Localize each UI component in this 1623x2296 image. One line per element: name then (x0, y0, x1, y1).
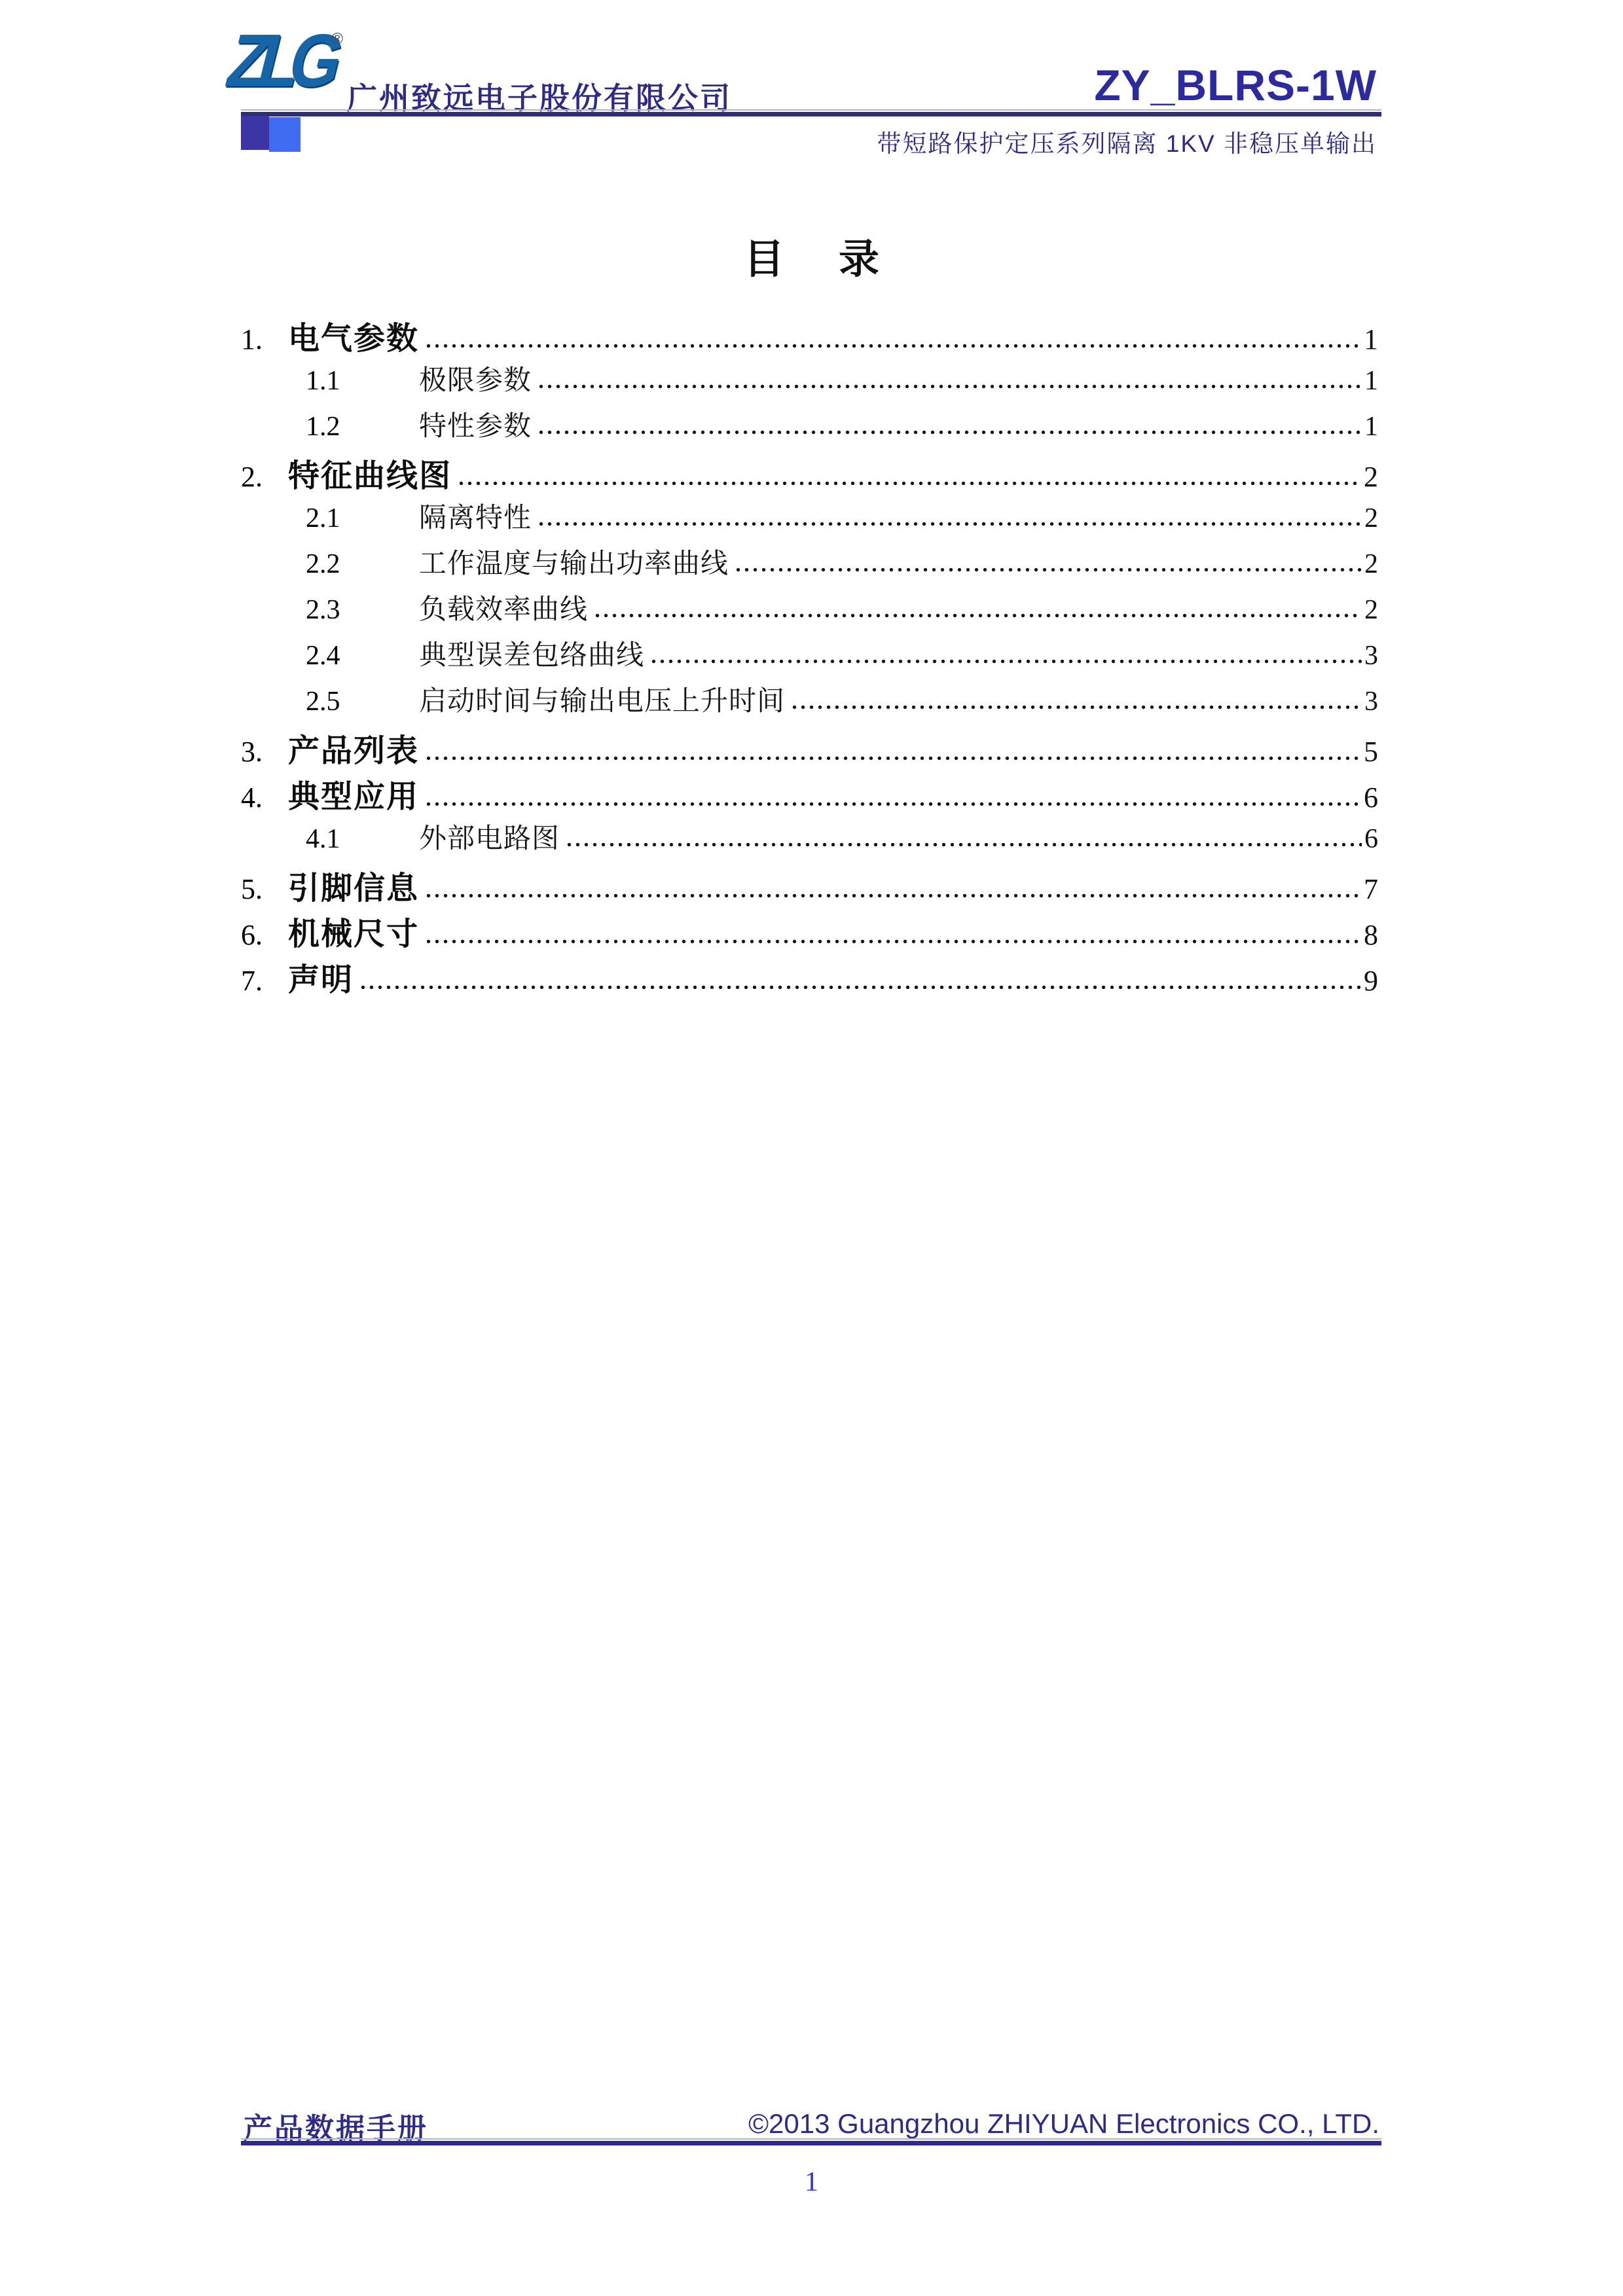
toc-entry-label: 特性参数 (419, 404, 532, 444)
toc-entry-page: 2 (1364, 460, 1378, 493)
table-of-contents: 1.电气参数11.1极限参数11.2特性参数12.特征曲线图22.1隔离特性22… (241, 309, 1378, 996)
toc-entry[interactable]: 2.特征曲线图2 (241, 446, 1378, 492)
footer-divider-thin-line (241, 2138, 1381, 2140)
toc-entry-label: 机械尺寸 (288, 908, 419, 954)
toc-entry[interactable]: 2.2工作温度与输出功率曲线2 (241, 538, 1378, 584)
toc-dot-leader (457, 480, 1361, 486)
toc-entry-label: 极限参数 (419, 359, 532, 398)
header-divider-thin-line (241, 109, 1381, 111)
toc-dot-leader (565, 842, 1362, 848)
toc-entry-number: 4.1 (306, 823, 419, 855)
toc-entry-label: 典型误差包络曲线 (419, 634, 644, 673)
toc-entry-page: 3 (1364, 686, 1378, 717)
toc-entry-page: 9 (1364, 964, 1378, 997)
toc-entry-label: 产品列表 (288, 725, 419, 770)
footer-copyright: ©2013 Guangzhou ZHIYUAN Electronics CO.,… (748, 2108, 1379, 2140)
toc-entry[interactable]: 2.1隔离特性2 (241, 492, 1378, 538)
toc-dot-leader (424, 893, 1361, 899)
toc-entry-number: 2.4 (306, 640, 419, 672)
product-model: ZY_BLRS-1W (1094, 60, 1377, 110)
toc-entry-number: 1.1 (306, 365, 419, 397)
toc-entry-page: 2 (1364, 594, 1378, 626)
toc-entry-number: 2.1 (306, 503, 419, 534)
toc-entry-label: 声明 (288, 954, 354, 999)
toc-entry-label: 启动时间与输出电压上升时间 (419, 679, 785, 719)
toc-entry-page: 5 (1364, 735, 1378, 768)
product-subtitle: 带短路保护定压系列隔离 1KV 非稳压单输出 (877, 124, 1377, 159)
toc-entry-number: 3. (241, 735, 288, 768)
toc-entry-label: 电气参数 (288, 313, 419, 358)
page-number: 1 (0, 2166, 1623, 2198)
toc-dot-leader (537, 384, 1362, 389)
toc-dot-leader (593, 613, 1362, 619)
toc-entry-number: 1.2 (306, 411, 419, 442)
toc-dot-leader (537, 429, 1362, 435)
zlg-logo: ZLG ® (219, 29, 339, 111)
toc-entry-label: 外部电路图 (419, 817, 560, 856)
header-divider (241, 109, 1381, 117)
toc-entry[interactable]: 2.4典型误差包络曲线3 (241, 630, 1378, 675)
toc-dot-leader (424, 801, 1361, 807)
toc-entry[interactable]: 4.典型应用6 (241, 767, 1378, 813)
toc-dot-leader (424, 343, 1361, 349)
toc-entry-label: 典型应用 (288, 771, 419, 816)
toc-entry-label: 负载效率曲线 (419, 588, 588, 627)
toc-entry[interactable]: 1.电气参数1 (241, 309, 1378, 355)
toc-entry[interactable]: 2.3负载效率曲线2 (241, 584, 1378, 630)
toc-entry-page: 3 (1364, 640, 1378, 672)
logo-square-blue (269, 117, 301, 152)
toc-entry-label: 隔离特性 (419, 496, 532, 535)
toc-entry-label: 特征曲线图 (288, 450, 452, 495)
toc-entry[interactable]: 2.5启动时间与输出电压上升时间3 (241, 675, 1378, 721)
toc-entry-page: 7 (1364, 872, 1378, 906)
toc-entry-page: 1 (1364, 323, 1378, 356)
toc-entry[interactable]: 5.引脚信息7 (241, 859, 1378, 905)
toc-entry-page: 1 (1364, 411, 1378, 442)
toc-entry-number: 7. (241, 964, 288, 997)
toc-entry-page: 2 (1364, 503, 1378, 534)
toc-entry[interactable]: 1.1极限参数1 (241, 355, 1378, 401)
registered-trademark-icon: ® (331, 30, 343, 48)
page-title: 目 录 (0, 226, 1623, 285)
toc-dot-leader (734, 567, 1362, 573)
toc-entry-number: 5. (241, 872, 288, 906)
document-page: ZLG ® 广州致远电子股份有限公司 ZY_BLRS-1W 带短路保护定压系列隔… (0, 0, 1623, 2296)
toc-entry-number: 6. (241, 918, 288, 952)
toc-entry[interactable]: 6.机械尺寸8 (241, 905, 1378, 950)
toc-entry-number: 2.2 (306, 548, 419, 580)
toc-dot-leader (537, 521, 1362, 527)
toc-dot-leader (359, 984, 1361, 990)
toc-entry[interactable]: 7.声明9 (241, 950, 1378, 996)
toc-entry-number: 4. (241, 781, 288, 814)
toc-entry-page: 1 (1364, 365, 1378, 397)
toc-entry-number: 2.3 (306, 594, 419, 626)
toc-entry-number: 2. (241, 460, 288, 493)
toc-dot-leader (790, 704, 1362, 710)
footer-divider (241, 2138, 1381, 2145)
toc-entry-page: 8 (1364, 918, 1378, 952)
toc-entry-number: 1. (241, 323, 288, 356)
toc-dot-leader (424, 939, 1361, 944)
toc-entry-label: 工作温度与输出功率曲线 (419, 542, 729, 581)
toc-entry-label: 引脚信息 (288, 863, 419, 908)
toc-entry[interactable]: 3.产品列表5 (241, 721, 1378, 767)
toc-entry[interactable]: 1.2特性参数1 (241, 401, 1378, 446)
logo-square-dark (241, 116, 269, 150)
toc-dot-leader (424, 755, 1361, 761)
toc-entry[interactable]: 4.1外部电路图6 (241, 813, 1378, 859)
toc-entry-page: 2 (1364, 548, 1378, 580)
toc-entry-number: 2.5 (306, 686, 419, 717)
toc-entry-page: 6 (1364, 823, 1378, 855)
zlg-logo-text: ZLG (219, 18, 344, 104)
toc-entry-page: 6 (1364, 781, 1378, 814)
header-divider-thick-line (241, 112, 1381, 117)
toc-dot-leader (649, 658, 1362, 664)
footer-divider-thick-line (241, 2141, 1381, 2145)
